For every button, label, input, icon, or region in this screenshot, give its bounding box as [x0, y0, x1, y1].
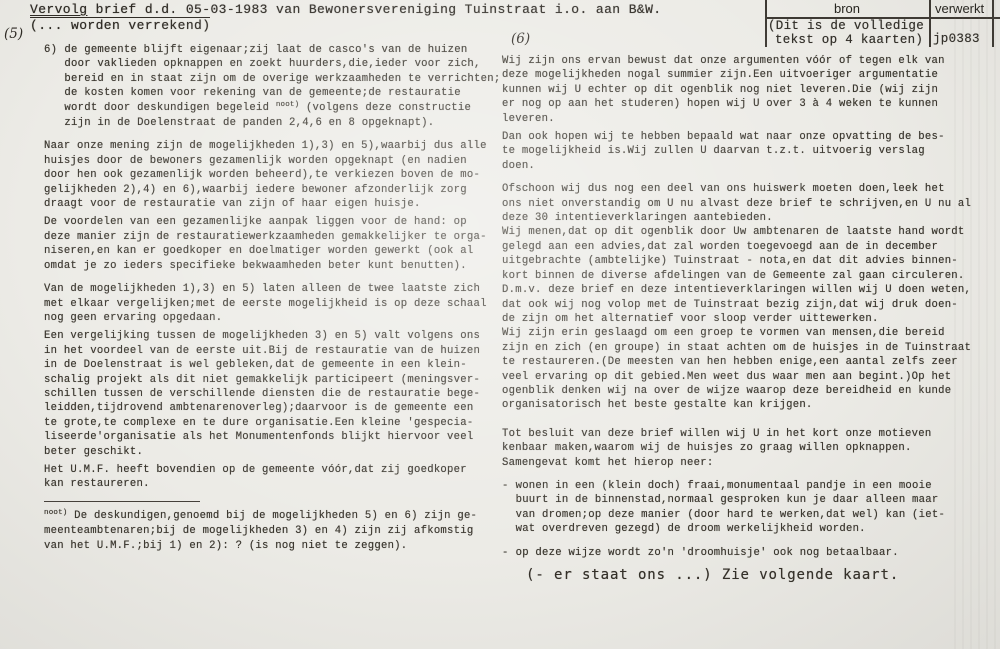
text-line: schillen tussen de verschillende dienste… — [44, 387, 492, 401]
text-line: de zijn om het alternatief voor sloop ve… — [502, 312, 998, 326]
paragraph: Dan ook hopen wij te hebben bepaald wat … — [502, 130, 998, 173]
text-line: Het U.M.F. heeft bovendien op de gemeent… — [44, 463, 492, 477]
text-line: beter geschikt. — [44, 445, 492, 459]
text-line: organisatorisch het beste gestalte kan k… — [502, 398, 998, 412]
text-line: er nog op aan het studeren) hopen wij U … — [502, 97, 998, 111]
text-line: van het U.M.F.;bij 1) en 2): ? (is nog n… — [44, 539, 492, 553]
text-line: schalig projekt als dit niet gemakkelijk… — [44, 373, 492, 387]
text-line: De voordelen van een gezamenlijke aanpak… — [44, 215, 492, 229]
list-marker: 6) — [44, 43, 57, 57]
text-line: noot) De deskundigen,genoemd bij de moge… — [44, 509, 492, 524]
card-number-left: (5) — [4, 26, 23, 42]
text-line: nog geen ervaring opgedaan. — [44, 311, 492, 325]
text-line: zijn en zich (en groupe) in staat achten… — [502, 341, 998, 355]
text-line: deze mogelijkheden nogal summier zijn.Ee… — [502, 68, 998, 82]
text-line: uitgebrachte (ambtelijke) Tuinstraat - n… — [502, 254, 998, 268]
stamp-column-divider — [929, 0, 931, 47]
stamp-col-verwerkt-label: verwerkt — [935, 1, 984, 16]
stamp-table: bron verwerkt (Dit is de volledige tekst… — [765, 0, 993, 47]
text-line: te grote,te complexe en te dure organisa… — [44, 416, 492, 430]
paragraph: Ofschoon wij dus nog een deel van ons hu… — [502, 182, 998, 413]
paragraph: -op deze wijze wordt zo'n 'droomhuisje' … — [502, 546, 998, 560]
text-line: Wij zijn ons ervan bewust dat onze argum… — [502, 54, 998, 68]
text-line: wordt door deskundigen begeleid noot) (v… — [64, 101, 492, 116]
text-line: omdat je zo ieders specifieke bekwaamhed… — [44, 259, 492, 273]
text-line: Ofschoon wij dus nog een deel van ons hu… — [502, 182, 998, 196]
stamp-col-bron-label: bron — [765, 1, 929, 16]
text-line: doen. — [502, 159, 998, 173]
text-line: door hen ook gezamenlijk worden beheerd)… — [44, 168, 492, 182]
paragraph: Van de mogelijkheden 1),3) en 5) laten a… — [44, 282, 492, 325]
text-line: leveren. — [502, 112, 998, 126]
paragraph: (- er staat ons ...) Zie volgende kaart. — [502, 566, 998, 584]
paragraph: 6)de gemeente blijft eigenaar;zij laat d… — [44, 43, 492, 130]
text-line: op deze wijze wordt zo'n 'droomhuisje' o… — [516, 546, 998, 560]
document-header: Vervolg brief d.d. 05-03-1983 van Bewone… — [30, 2, 662, 33]
text-line: deze manier zijn de restauratiewerkzaamh… — [44, 230, 492, 244]
text-line: ogenblik denken wij na over de wijze waa… — [502, 384, 998, 398]
text-line: meenteambtenaren;bij de mogelijkheden 3)… — [44, 524, 492, 538]
text-line: door vaklieden opknappen en zoekt huurde… — [64, 57, 492, 71]
right-column: Wij zijn ons ervan bewust dat onze argum… — [502, 54, 998, 588]
card-number-right: (6) — [511, 31, 530, 47]
text-line: wat overdreven gezegd) de droom werkelij… — [516, 522, 998, 536]
text-line: D.m.v. deze brief en deze intentieverkla… — [502, 283, 998, 297]
text-line: draagt voor de restauratie van zijn of h… — [44, 197, 492, 211]
text-line: ons niet onverstandig om U nu alvast dez… — [502, 197, 998, 211]
text-line: leidden,tijdrovend ambtenarenoverleg);da… — [44, 401, 492, 415]
paragraph: Wij zijn ons ervan bewust dat onze argum… — [502, 54, 998, 126]
text-line: bereid en in staat zijn om de overige we… — [64, 72, 492, 86]
paragraph: -wonen in een (klein doch) fraai,monumen… — [502, 479, 998, 537]
stamp-border-right — [992, 0, 994, 47]
text-line: gelijkheden 2),4) en 6),waarbij iedere b… — [44, 183, 492, 197]
text-line: wonen in een (klein doch) fraai,monument… — [516, 479, 998, 493]
list-marker: - — [502, 479, 509, 493]
text-line: kan restaureren. — [44, 477, 492, 491]
header-title-rest: brief d.d. 05-03-1983 van Bewonersvereni… — [87, 2, 661, 17]
text-line: veel ervaring op dit gebied.Men weet dus… — [502, 370, 998, 384]
text-line: Een vergelijking tussen de mogelijkheden… — [44, 329, 492, 343]
text-line: liseerde'organisatie als het Monumentenf… — [44, 430, 492, 444]
paragraph: De voordelen van een gezamenlijke aanpak… — [44, 215, 492, 273]
text-line: dat ook wij nog volop met de Tuinstraat … — [502, 298, 998, 312]
stamp-code: jp0383 — [933, 32, 980, 46]
paragraph: Het U.M.F. heeft bovendien op de gemeent… — [44, 463, 492, 492]
left-column: 6)de gemeente blijft eigenaar;zij laat d… — [44, 43, 492, 557]
text-line: Tot besluit van deze brief willen wij U … — [502, 427, 998, 441]
text-line: kort binnen de diverse afdelingen van de… — [502, 269, 998, 283]
paragraph: Naar onze mening zijn de mogelijkheden 1… — [44, 139, 492, 211]
text-line: huisjes door de bewoners gezamenlijk wor… — [44, 154, 492, 168]
text-line: kenbaar maken,waarom wij de huisjes zo g… — [502, 441, 998, 455]
text-line: kunnen wij U echter op dit ogenblik nog … — [502, 83, 998, 97]
text-line: deze 30 intentieverklaringen aantebieden… — [502, 211, 998, 225]
text-line: niseren,en kan er goedkoper en doelmatig… — [44, 244, 492, 258]
text-line: Wij menen,dat op dit ogenblik door Uw am… — [502, 225, 998, 239]
stamp-note-line-1: (Dit is de volledige — [768, 19, 924, 33]
footnote-divider — [44, 501, 200, 502]
list-marker: - — [502, 546, 509, 560]
text-line: gelegd aan een advies,dat zal worden toe… — [502, 240, 998, 254]
paragraph: noot) De deskundigen,genoemd bij de moge… — [44, 509, 492, 553]
text-line: van dromen;op deze manier (door hard te … — [516, 508, 998, 522]
scanned-archive-card: { "colors": { "background": "#ecebe6", "… — [0, 0, 1000, 649]
stamp-note-line-2: tekst op 4 kaarten) — [775, 33, 923, 47]
text-line: in de Doelenstraat is wel gebleken,dat d… — [44, 358, 492, 372]
text-line: (- er staat ons ...) Zie volgende kaart. — [502, 566, 998, 584]
text-line: zijn in de Doelenstraat de panden 2,4,6 … — [64, 116, 492, 130]
paragraph: Een vergelijking tussen de mogelijkheden… — [44, 329, 492, 459]
text-line: Naar onze mening zijn de mogelijkheden 1… — [44, 139, 492, 153]
superscript-note-ref: noot) — [44, 509, 68, 517]
paragraph: Tot besluit van deze brief willen wij U … — [502, 427, 998, 470]
text-line: de kosten komen voor rekening van de gem… — [64, 86, 492, 100]
text-line: buurt in de binnenstad,normaal gesproken… — [516, 493, 998, 507]
text-line: Samengevat komt het hierop neer: — [502, 456, 998, 470]
text-line: de gemeente blijft eigenaar;zij laat de … — [64, 43, 492, 57]
text-line: te mogelijkheid is.Wij zullen U daarvan … — [502, 144, 998, 158]
text-line: Wij zijn erin geslaagd om een groep te v… — [502, 326, 998, 340]
text-line: te restaureren.(De meesten van hen hebbe… — [502, 355, 998, 369]
text-line: in het voordeel van de eerste uit.Bij de… — [44, 344, 492, 358]
superscript-note-ref: noot) — [276, 101, 300, 109]
text-line: met elkaar vergelijken;met de eerste mog… — [44, 297, 492, 311]
text-line: Dan ook hopen wij te hebben bepaald wat … — [502, 130, 998, 144]
text-line: Van de mogelijkheden 1),3) en 5) laten a… — [44, 282, 492, 296]
header-subtitle: (... worden verrekend) — [30, 17, 210, 33]
header-underlined-word: Vervolg — [30, 2, 87, 17]
